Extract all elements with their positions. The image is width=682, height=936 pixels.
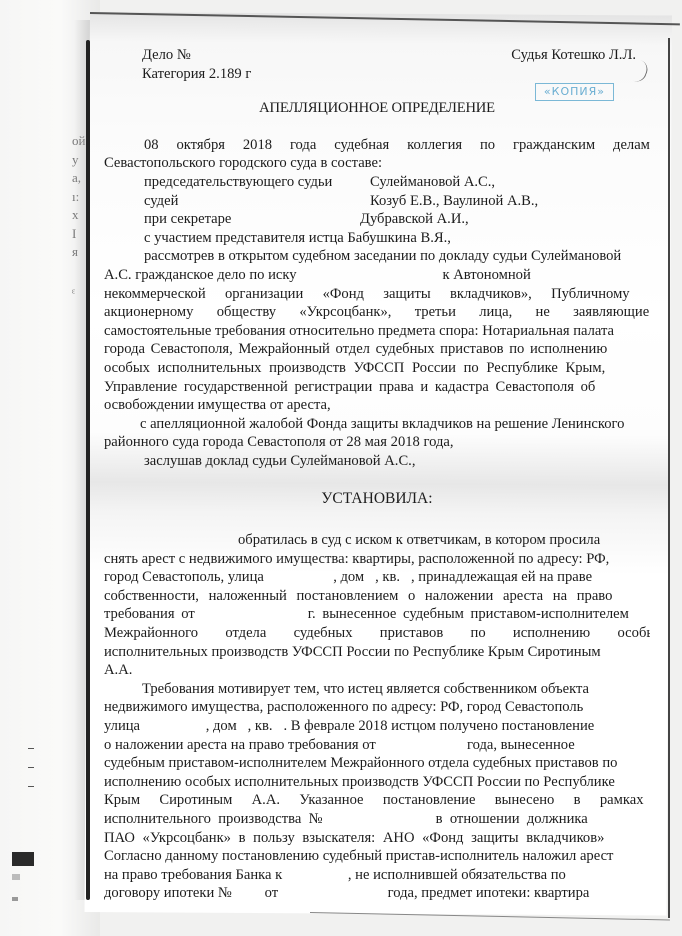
composition-value: Дубравской А.И., <box>360 210 469 229</box>
finding-line: Согласно данному постановлению судебный … <box>104 847 650 866</box>
composition-label: при секретаре <box>144 210 370 229</box>
case-number-label: Дело № <box>104 46 191 65</box>
copy-stamp: «КОПИЯ» <box>535 83 614 101</box>
underlying-page-dashes <box>28 748 34 805</box>
word: года <box>290 136 316 155</box>
section-title-established: УСТАНОВИЛА: <box>104 490 650 509</box>
composition-judges: судей Козуб Е.В., Ваулиной А.В., <box>104 192 650 211</box>
finding-line: судебным приставом-исполнителем Межрайон… <box>104 754 650 773</box>
considered-line: А.С. гражданское дело по иску к Автономн… <box>104 266 650 285</box>
word: делам <box>613 136 650 155</box>
category-label: Категория 2.189 г <box>104 65 251 84</box>
composition-value: Сулеймановой А.С., <box>370 173 495 192</box>
finding-line: Межрайонного отдела судебных приставов п… <box>104 624 650 643</box>
heard-line: заслушав доклад судьи Сулеймановой А.С., <box>104 452 650 471</box>
word: октября <box>176 136 225 155</box>
finding-line: исполнительного производства № в отношен… <box>104 810 650 829</box>
word: 2018 <box>243 136 272 155</box>
appeal-line: районного суда города Севастополя от 28 … <box>104 433 650 452</box>
finding-line: снять арест с недвижимого имущества: ква… <box>104 550 650 569</box>
considered-line: акционерному обществу «Укрсоцбанк», трет… <box>104 303 650 322</box>
finding-line: исполнительных производств УФССП России … <box>104 643 650 662</box>
finding-line: договору ипотеки № от года, предмет ипот… <box>104 884 650 903</box>
word: по <box>480 136 495 155</box>
composition-value: Козуб Е.В., Ваулиной А.В., <box>370 192 538 211</box>
composition-presiding: председательствующего судьи Сулеймановой… <box>104 173 650 192</box>
finding-line: улица , дом , кв. . В феврале 2018 истцо… <box>104 717 650 736</box>
finding-line: обратилась в суд с иском к ответчикам, в… <box>104 531 650 550</box>
document-title-row: «КОПИЯ» АПЕЛЛЯЦИОННОЕ ОПРЕДЕЛЕНИЕ <box>104 99 650 118</box>
underlying-page-smudge <box>12 897 18 901</box>
header-row-1: Дело № Судья Котешко Л.Л. <box>104 46 650 65</box>
composition-label: председательствующего судьи <box>144 173 370 192</box>
considered-line: некоммерческой организации «Фонд защиты … <box>104 285 650 304</box>
considered-line: особых исполнительных производств УФССП … <box>104 359 650 378</box>
finding-line: о наложении ареста на право требования о… <box>104 736 650 755</box>
underlying-page-dark-mark <box>12 852 34 866</box>
word: 08 <box>144 136 159 155</box>
sheet-left-edge <box>86 40 90 900</box>
judge-name: Судья Котешко Л.Л. <box>511 46 650 65</box>
finding-line: А.А. <box>104 661 650 680</box>
intro-line-1: 08 октября 2018 года судебная коллегия п… <box>104 136 650 155</box>
finding-line: исполнению особых исполнительных произво… <box>104 773 650 792</box>
finding-line: Крым Сиротиным А.А. Указанное постановле… <box>104 791 650 810</box>
finding-line: требования от г. вынесенное судебным при… <box>104 605 650 624</box>
word: гражданским <box>513 136 595 155</box>
finding-line: собственности, наложенный постановлением… <box>104 587 650 606</box>
participation-line: с участием представителя истца Бабушкина… <box>104 229 650 248</box>
document-title: АПЕЛЛЯЦИОННОЕ ОПРЕДЕЛЕНИЕ <box>259 100 495 116</box>
appeal-line: с апелляционной жалобой Фонда защиты вкл… <box>104 415 650 434</box>
finding-line: ПАО «Укрсоцбанк» в пользу взыскателя: АН… <box>104 829 650 848</box>
considered-line: Управление государственной регистрации п… <box>104 378 650 397</box>
underlying-page-smudge <box>12 874 20 880</box>
finding-line: город Севастополь, улица , дом , кв. , п… <box>104 568 650 587</box>
finding-line: Требования мотивирует тем, что истец явл… <box>104 680 650 699</box>
document-content: Дело № Судья Котешко Л.Л. Категория 2.18… <box>104 46 650 903</box>
intro-line-2: Севастопольского городского суда в соста… <box>104 154 650 173</box>
considered-line: рассмотрев в открытом судебном заседании… <box>104 247 650 266</box>
finding-line: недвижимого имущества, расположенного по… <box>104 698 650 717</box>
considered-line: самостоятельные требования относительно … <box>104 322 650 341</box>
header-row-2: Категория 2.189 г <box>104 65 650 84</box>
finding-line: на право требования Банка к , не исполни… <box>104 866 650 885</box>
considered-line: города Севастополя, Межрайонный отдел су… <box>104 340 650 359</box>
composition-secretary: при секретаре Дубравской А.И., <box>104 210 650 229</box>
word: судебная <box>334 136 389 155</box>
composition-label: судей <box>144 192 370 211</box>
considered-line: освобождении имущества от ареста, <box>104 396 650 415</box>
word: коллегия <box>407 136 462 155</box>
sheet-right-edge <box>668 38 670 918</box>
